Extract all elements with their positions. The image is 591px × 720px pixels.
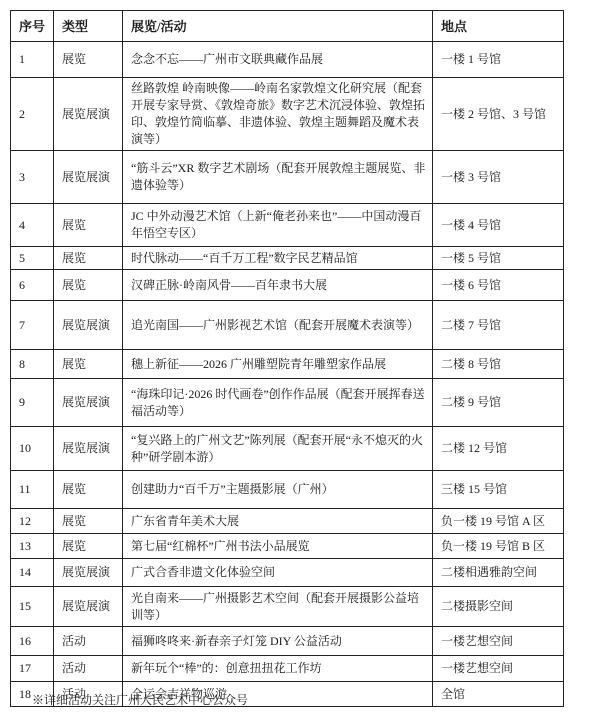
cell-no: 13 [11, 534, 54, 559]
cell-location: 二楼摄影空间 [433, 587, 564, 627]
cell-title: 汉碑正脉·岭南风骨——百年隶书大展 [123, 270, 433, 301]
table-row: 4展览JC 中外动漫艺术馆（上新“俺老孙来也”——中国动漫百年悟空专区）一楼 4… [11, 204, 564, 247]
cell-location: 一楼 3 号馆 [433, 151, 564, 204]
cell-no: 6 [11, 270, 54, 301]
cell-no: 1 [11, 42, 54, 78]
header-title: 展览/活动 [123, 11, 433, 42]
cell-type: 活动 [54, 627, 123, 656]
cell-title: 丝路敦煌 岭南映像——岭南名家敦煌文化研究展（配套开展专家导赏、《敦煌奇旅》数字… [123, 78, 433, 151]
cell-type: 展览 [54, 350, 123, 379]
header-type: 类型 [54, 11, 123, 42]
cell-type: 展览展演 [54, 559, 123, 587]
cell-no: 9 [11, 379, 54, 427]
cell-location: 二楼 12 号馆 [433, 427, 564, 471]
cell-location: 一楼艺想空间 [433, 656, 564, 682]
cell-title: 时代脉动——“百千万工程”数字民艺精品馆 [123, 247, 433, 270]
footnote: ※详细活动关注广州人民艺术中心公众号 [32, 692, 248, 708]
cell-location: 负一楼 19 号馆 A 区 [433, 509, 564, 534]
cell-title: 第七届“红棉杯”广州书法小品展览 [123, 534, 433, 559]
cell-type: 活动 [54, 656, 123, 682]
header-row: 序号 类型 展览/活动 地点 [11, 11, 564, 42]
cell-title: 广东省青年美术大展 [123, 509, 433, 534]
cell-location: 一楼 1 号馆 [433, 42, 564, 78]
cell-location: 一楼 4 号馆 [433, 204, 564, 247]
cell-location: 一楼艺想空间 [433, 627, 564, 656]
cell-type: 展览 [54, 534, 123, 559]
cell-type: 展览 [54, 247, 123, 270]
cell-title: “海珠印记·2026 时代画卷”创作作品展（配套开展挥春送福活动等） [123, 379, 433, 427]
cell-type: 展览 [54, 509, 123, 534]
table-row: 13展览第七届“红棉杯”广州书法小品展览负一楼 19 号馆 B 区 [11, 534, 564, 559]
cell-location: 二楼 7 号馆 [433, 301, 564, 350]
cell-no: 8 [11, 350, 54, 379]
cell-type: 展览 [54, 471, 123, 509]
cell-title: 追光南国——广州影视艺术馆（配套开展魔术表演等） [123, 301, 433, 350]
cell-title: 广式合香非遗文化体验空间 [123, 559, 433, 587]
cell-title: 创建助力“百千万”主题摄影展（广州） [123, 471, 433, 509]
cell-title: “复兴路上的广州文艺”陈列展（配套开展“永不熄灭的火种”研学剧本游） [123, 427, 433, 471]
cell-no: 2 [11, 78, 54, 151]
cell-location: 一楼 6 号馆 [433, 270, 564, 301]
cell-no: 16 [11, 627, 54, 656]
cell-location: 一楼 2 号馆、3 号馆 [433, 78, 564, 151]
table-row: 12展览广东省青年美术大展负一楼 19 号馆 A 区 [11, 509, 564, 534]
cell-title: JC 中外动漫艺术馆（上新“俺老孙来也”——中国动漫百年悟空专区） [123, 204, 433, 247]
cell-no: 3 [11, 151, 54, 204]
cell-type: 展览 [54, 42, 123, 78]
cell-title: 念念不忘——广州市文联典藏作品展 [123, 42, 433, 78]
table-body: 1展览念念不忘——广州市文联典藏作品展一楼 1 号馆2展览展演丝路敦煌 岭南映像… [11, 42, 564, 707]
cell-no: 12 [11, 509, 54, 534]
cell-location: 二楼相遇雅韵空间 [433, 559, 564, 587]
table-row: 1展览念念不忘——广州市文联典藏作品展一楼 1 号馆 [11, 42, 564, 78]
header-no: 序号 [11, 11, 54, 42]
cell-location: 二楼 8 号馆 [433, 350, 564, 379]
cell-type: 展览展演 [54, 78, 123, 151]
table-row: 6展览汉碑正脉·岭南风骨——百年隶书大展一楼 6 号馆 [11, 270, 564, 301]
table-row: 16活动福狮咚咚来·新春亲子灯笼 DIY 公益活动一楼艺想空间 [11, 627, 564, 656]
cell-location: 一楼 5 号馆 [433, 247, 564, 270]
table-row: 5展览时代脉动——“百千万工程”数字民艺精品馆一楼 5 号馆 [11, 247, 564, 270]
cell-no: 10 [11, 427, 54, 471]
exhibition-schedule-table: 序号 类型 展览/活动 地点 1展览念念不忘——广州市文联典藏作品展一楼 1 号… [10, 10, 564, 707]
table-row: 17活动新年玩个“棒”的：创意扭扭花工作坊一楼艺想空间 [11, 656, 564, 682]
table-row: 3展览展演“筋斗云”XR 数字艺术剧场（配套开展敦煌主题展览、非遗体验等）一楼 … [11, 151, 564, 204]
cell-type: 展览展演 [54, 379, 123, 427]
cell-location: 三楼 15 号馆 [433, 471, 564, 509]
table-row: 15展览展演光自南来——广州摄影艺术空间（配套开展摄影公益培训等）二楼摄影空间 [11, 587, 564, 627]
cell-title: 新年玩个“棒”的：创意扭扭花工作坊 [123, 656, 433, 682]
cell-type: 展览 [54, 204, 123, 247]
cell-no: 11 [11, 471, 54, 509]
cell-type: 展览展演 [54, 587, 123, 627]
table-row: 11展览创建助力“百千万”主题摄影展（广州）三楼 15 号馆 [11, 471, 564, 509]
header-location: 地点 [433, 11, 564, 42]
cell-no: 5 [11, 247, 54, 270]
document-page: 序号 类型 展览/活动 地点 1展览念念不忘——广州市文联典藏作品展一楼 1 号… [0, 0, 591, 720]
cell-no: 17 [11, 656, 54, 682]
cell-title: 穗上新征——2026 广州雕塑院青年雕塑家作品展 [123, 350, 433, 379]
cell-title: 福狮咚咚来·新春亲子灯笼 DIY 公益活动 [123, 627, 433, 656]
cell-type: 展览展演 [54, 301, 123, 350]
cell-location: 负一楼 19 号馆 B 区 [433, 534, 564, 559]
cell-title: “筋斗云”XR 数字艺术剧场（配套开展敦煌主题展览、非遗体验等） [123, 151, 433, 204]
cell-type: 展览 [54, 270, 123, 301]
cell-no: 14 [11, 559, 54, 587]
cell-title: 光自南来——广州摄影艺术空间（配套开展摄影公益培训等） [123, 587, 433, 627]
cell-location: 全馆 [433, 682, 564, 707]
cell-location: 二楼 9 号馆 [433, 379, 564, 427]
table-row: 10展览展演“复兴路上的广州文艺”陈列展（配套开展“永不熄灭的火种”研学剧本游）… [11, 427, 564, 471]
cell-type: 展览展演 [54, 151, 123, 204]
cell-no: 7 [11, 301, 54, 350]
cell-type: 展览展演 [54, 427, 123, 471]
table-row: 2展览展演丝路敦煌 岭南映像——岭南名家敦煌文化研究展（配套开展专家导赏、《敦煌… [11, 78, 564, 151]
table-row: 8展览穗上新征——2026 广州雕塑院青年雕塑家作品展二楼 8 号馆 [11, 350, 564, 379]
table-row: 14展览展演广式合香非遗文化体验空间二楼相遇雅韵空间 [11, 559, 564, 587]
cell-no: 4 [11, 204, 54, 247]
cell-no: 15 [11, 587, 54, 627]
table-row: 7展览展演追光南国——广州影视艺术馆（配套开展魔术表演等）二楼 7 号馆 [11, 301, 564, 350]
table-row: 9展览展演“海珠印记·2026 时代画卷”创作作品展（配套开展挥春送福活动等）二… [11, 379, 564, 427]
